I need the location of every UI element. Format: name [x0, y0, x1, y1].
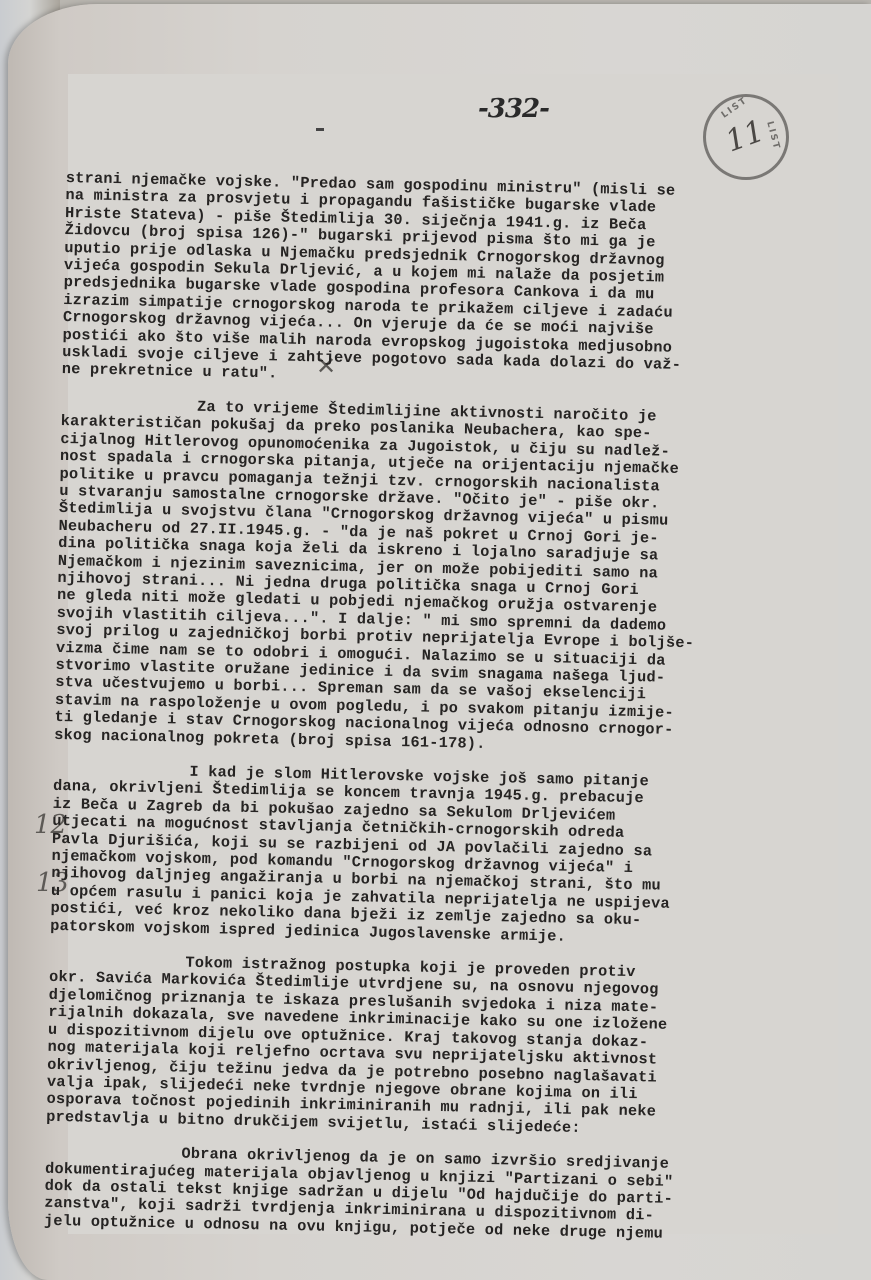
paragraph: Za to vrijeme Štedimlijine aktivnosti na… [54, 396, 781, 759]
paragraph: I kad je slom Hitlerovske vojske još sam… [50, 761, 773, 950]
typewritten-body: strani njemačke vojske. "Predao sam gosp… [44, 170, 786, 1245]
list-stamp-icon: LIST LIST 11 [703, 94, 789, 180]
paragraph: Obrana okrivljenog da je on samo izvršio… [44, 1143, 766, 1245]
dash-mark [316, 128, 324, 131]
paragraph: strani njemačke vojske. "Predao sam gosp… [62, 170, 786, 394]
stamp-handwritten-mark: 11 [721, 114, 769, 160]
paragraph: Tokom istražnog postupka koji je provede… [46, 952, 769, 1141]
page-number: -332- [478, 94, 549, 124]
